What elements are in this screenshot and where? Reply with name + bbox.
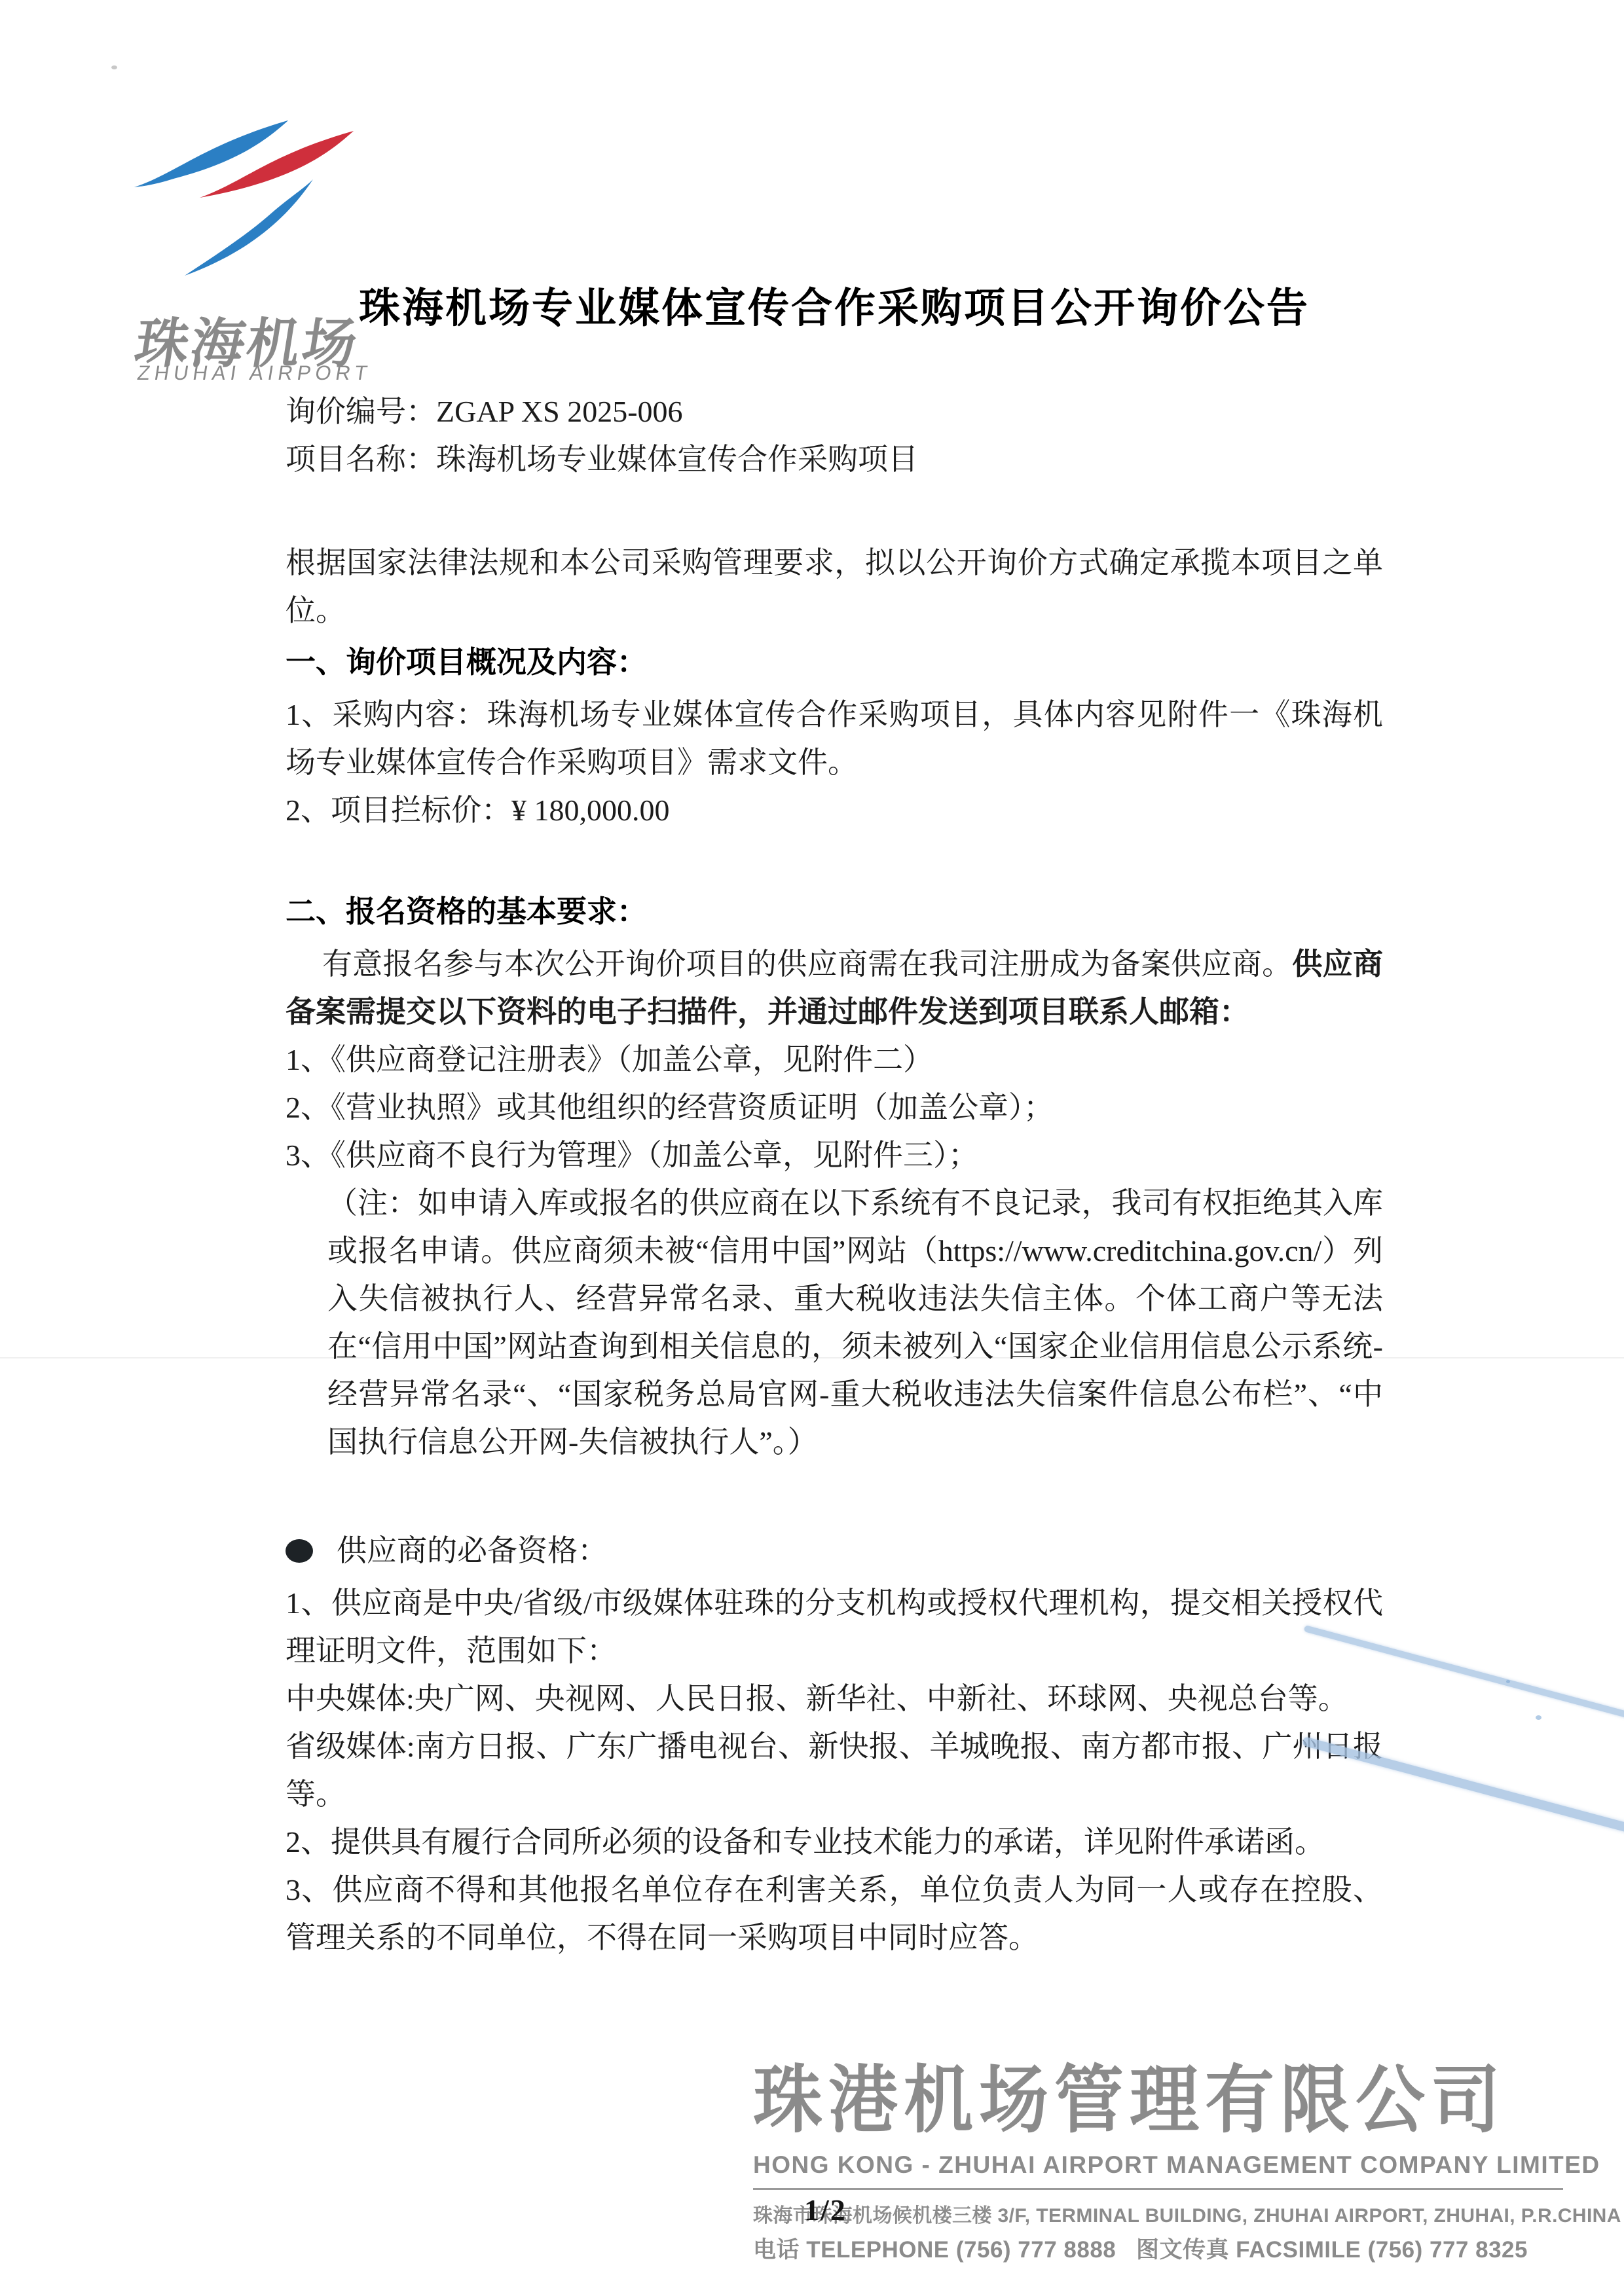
footer-address: 珠海市珠海机场候机楼三楼 3/F, TERMINAL BUILDING, ZHU… (753, 2199, 1578, 2228)
section2-item2: 2、《营业执照》或其他组织的经营资质证明（加盖公章）； (286, 1084, 1383, 1131)
project-name: 项目名称：珠海机场专业媒体宣传合作采购项目 (286, 435, 1383, 483)
footer-phone-fax: 电话 TELEPHONE (756) 777 8888 图文传真 FACSIMI… (753, 2232, 1578, 2265)
inquiry-number: 询价编号：ZGAP XS 2025-006 (286, 388, 1383, 435)
bullet-dot-icon (286, 1539, 313, 1563)
logo-swoosh-bottom-blue (185, 179, 313, 276)
section2-note: （注：如申请入库或报名的供应商在以下系统有不良记录，我司有权拒绝其入库或报名申请… (286, 1179, 1383, 1466)
qualifications-heading-line: 供应商的必备资格： (286, 1527, 1383, 1575)
intro-paragraph: 根据国家法律法规和本公司采购管理要求，拟以公开询价方式确定承揽本项目之单位。 (286, 539, 1383, 634)
section2-item1: 1、《供应商登记注册表》（加盖公章，见附件二） (286, 1036, 1383, 1084)
qualifications-item1: 1、供应商是中央/省级/市级媒体驻珠的分支机构或授权代理机构，提交相关授权代理证… (286, 1579, 1383, 1675)
logo-swoosh-mid-red (200, 131, 354, 198)
footer-divider (753, 2188, 1563, 2190)
section2-intro-normal: 有意报名参与本次公开询价项目的供应商需在我司注册成为备案供应商。 (322, 947, 1292, 981)
qualifications-item3: 3、供应商不得和其他报名单位存在利害关系，单位负责人为同一人或存在控股、管理关系… (286, 1866, 1383, 1961)
qualifications-item2: 2、提供具有履行合同所必须的设备和专业技术能力的承诺，详见附件承诺函。 (286, 1818, 1383, 1866)
scan-speck (111, 65, 117, 69)
stamp-speck-1 (1536, 1715, 1541, 1720)
page-number: 1/2 (804, 2193, 847, 2227)
zhuhai-airport-logo: 珠海机场 ZHUHAI AIRPORT (131, 117, 406, 392)
section1-item1: 1、采购内容：珠海机场专业媒体宣传合作采购项目，具体内容见附件一《珠海机场专业媒… (286, 691, 1383, 786)
section1-item2: 2、项目拦标价：¥ 180,000.00 (286, 786, 1383, 834)
section2-heading: 二、报名资格的基本要求： (286, 888, 1383, 936)
footer-company-name-cn: 珠港机场管理有限公司 (753, 2041, 1578, 2147)
section2-intro: 有意报名参与本次公开询价项目的供应商需在我司注册成为备案供应商。供应商备案需提交… (286, 940, 1383, 1036)
document-page: 珠海机场 ZHUHAI AIRPORT 珠海机场专业媒体宣传合作采购项目公开询价… (0, 0, 1624, 2296)
footer: 珠港机场管理有限公司 HONG KONG - ZHUHAI AIRPORT MA… (753, 2041, 1578, 2265)
qualifications-heading: 供应商的必备资格： (337, 1527, 608, 1575)
footer-company-name-en: HONG KONG - ZHUHAI AIRPORT MANAGEMENT CO… (753, 2151, 1578, 2179)
meta-block: 询价编号：ZGAP XS 2025-006 项目名称：珠海机场专业媒体宣传合作采… (286, 388, 1383, 634)
scan-fold-line (0, 1357, 1624, 1358)
logo-text-en: ZHUHAI AIRPORT (136, 361, 373, 385)
central-media-line: 中央媒体:央广网、央视网、人民日报、新华社、中新社、环球网、央视总台等。 (286, 1675, 1383, 1722)
page-title: 珠海机场专业媒体宣传合作采购项目公开询价公告 (359, 275, 1310, 335)
section2-item3: 3、《供应商不良行为管理》（加盖公章，见附件三）； (286, 1131, 1383, 1179)
provincial-media-line: 省级媒体:南方日报、广东广播电视台、新快报、羊城晚报、南方都市报、广州日报等。 (286, 1722, 1383, 1818)
stamp-speck-2 (1506, 1680, 1510, 1683)
logo-swoosh-icon (131, 117, 367, 300)
document-body: 一、询价项目概况及内容： 1、采购内容：珠海机场专业媒体宣传合作采购项目，具体内… (286, 638, 1383, 1961)
section1-heading: 一、询价项目概况及内容： (286, 638, 1383, 686)
